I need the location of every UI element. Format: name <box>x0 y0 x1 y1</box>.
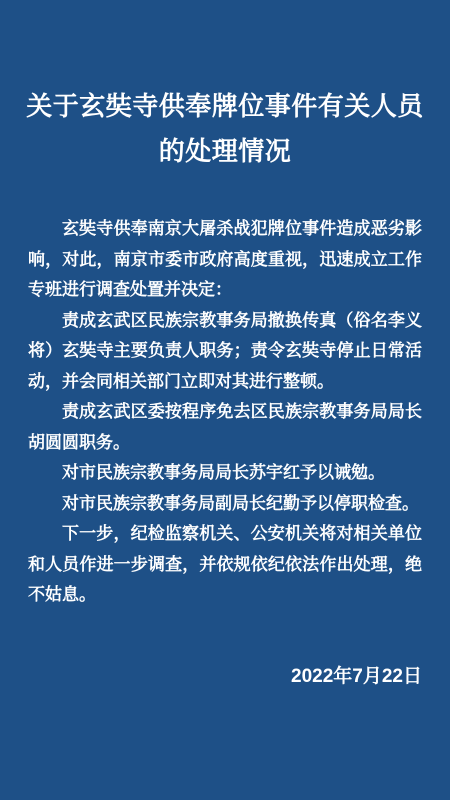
paragraph-decision-1: 责成玄武区民族宗教事务局撤换传真（俗名李义将）玄奘寺主要负责人职务；责令玄奘寺停… <box>28 306 422 398</box>
page-title: 关于玄奘寺供奉牌位事件有关人员 的处理情况 <box>0 0 450 174</box>
title-line-2: 的处理情况 <box>0 129 450 174</box>
announcement-date: 2022年7月22日 <box>28 661 422 688</box>
paragraph-decision-2: 责成玄武区委按程序免去区民族宗教事务局局长胡圆圆职务。 <box>28 397 422 458</box>
title-line-1: 关于玄奘寺供奉牌位事件有关人员 <box>0 84 450 129</box>
announcement-body: 玄奘寺供奉南京大屠杀战犯牌位事件造成恶劣影响，对此，南京市委市政府高度重视，迅速… <box>28 214 422 611</box>
paragraph-decision-3: 对市民族宗教事务局局长苏宇红予以诫勉。 <box>28 458 422 489</box>
paragraph-next-steps: 下一步，纪检监察机关、公安机关将对相关单位和人员作进一步调查，并依规依纪依法作出… <box>28 519 422 611</box>
paragraph-intro: 玄奘寺供奉南京大屠杀战犯牌位事件造成恶劣影响，对此，南京市委市政府高度重视，迅速… <box>28 214 422 306</box>
announcement-poster: 关于玄奘寺供奉牌位事件有关人员 的处理情况 玄奘寺供奉南京大屠杀战犯牌位事件造成… <box>0 0 450 800</box>
paragraph-decision-4: 对市民族宗教事务局副局长纪勤予以停职检查。 <box>28 489 422 520</box>
